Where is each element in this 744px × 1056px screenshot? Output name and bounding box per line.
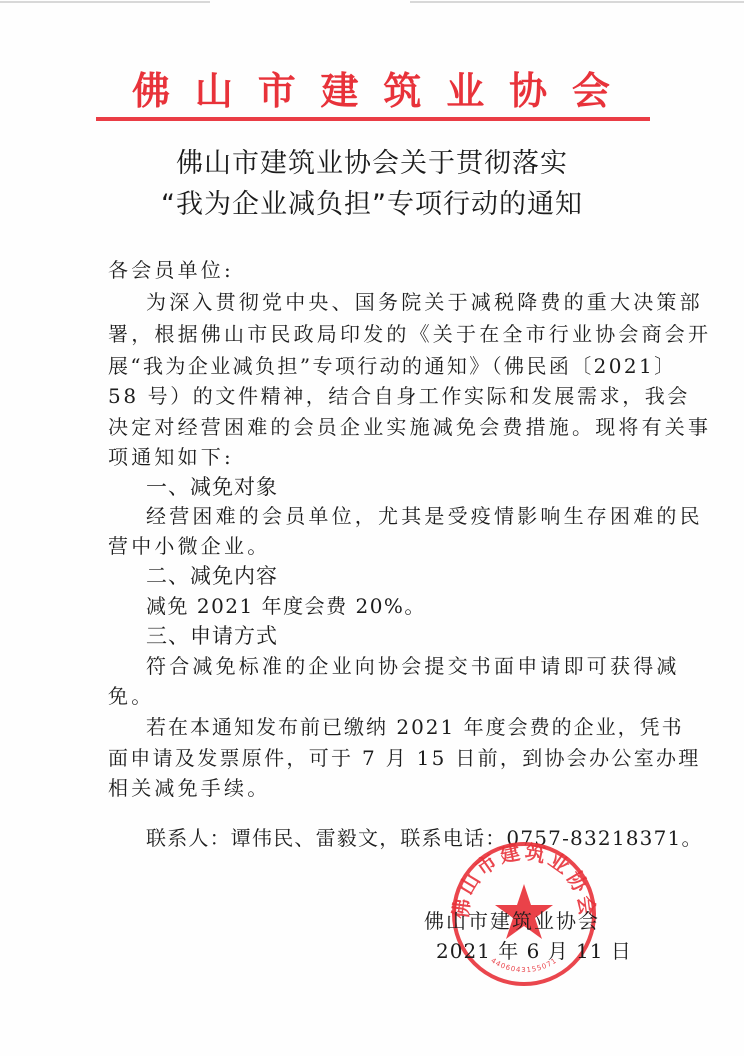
masthead-char: 筑 — [383, 60, 421, 115]
intro-line: 项通知如下: — [108, 441, 234, 470]
section-line: 营中小微企业。 — [108, 530, 270, 559]
masthead-char: 协 — [509, 60, 547, 115]
document-page: 佛 山 市 建 筑 业 协 会 佛山市建筑业协会关于贯彻落实 “我为企业减负担”… — [0, 0, 744, 1056]
masthead-char: 山 — [195, 60, 233, 115]
red-header-rule — [96, 117, 650, 121]
masthead-org-name: 佛 山 市 建 筑 业 协 会 — [95, 62, 650, 112]
masthead-char: 佛 — [132, 60, 170, 115]
section-line: 免。 — [108, 680, 154, 709]
section-heading: 二、减免内容 — [146, 560, 278, 590]
section-line: 若在本通知发布前已缴纳 2021 年度会费的企业，凭书 — [146, 711, 684, 740]
section-line: 减免 2021 年度会费 20%。 — [146, 590, 426, 619]
section-heading: 一、减免对象 — [146, 471, 278, 501]
intro-line: 58 号）的文件精神，结合自身工作实际和发展需求，我会 — [108, 380, 690, 409]
document-title-line-2: “我为企业减负担”专项行动的通知 — [0, 182, 744, 221]
section-heading: 三、申请方式 — [146, 620, 278, 650]
signature-date: 2021 年 6 月 11 日 — [436, 935, 632, 964]
scan-edge — [0, 1, 210, 3]
signature-org: 佛山市建筑业协会 — [424, 905, 600, 934]
masthead-char: 建 — [321, 60, 359, 115]
intro-line: 决定对经营困难的会员企业实施减免会费措施。现将有关事 — [108, 411, 711, 440]
scan-edge — [410, 1, 744, 3]
intro-line: 署，根据佛山市民政局印发的《关于在全市行业协会商会开 — [108, 318, 711, 347]
intro-line: 为深入贯彻党中央、国务院关于减税降费的重大决策部 — [146, 286, 703, 315]
section-line: 面申请及发票原件，可于 7 月 15 日前，到协会办公室办理 — [108, 742, 701, 771]
masthead-char: 市 — [258, 60, 296, 115]
section-line: 符合减免标准的企业向协会提交书面申请即可获得减 — [146, 650, 680, 679]
contact-info: 联系人：谭伟民、雷毅文，联系电话：0757-83218371。 — [146, 822, 703, 851]
intro-line: 展“我为企业减负担”专项行动的通知》（佛民函〔2021〕 — [108, 350, 677, 379]
section-line: 相关减免手续。 — [108, 772, 270, 801]
section-line: 经营困难的会员单位，尤其是受疫情影响生存困难的民 — [146, 500, 703, 529]
salutation: 各会员单位: — [108, 254, 234, 283]
masthead-char: 会 — [572, 60, 610, 115]
document-title-line-1: 佛山市建筑业协会关于贯彻落实 — [0, 141, 744, 180]
masthead-char: 业 — [446, 60, 484, 115]
